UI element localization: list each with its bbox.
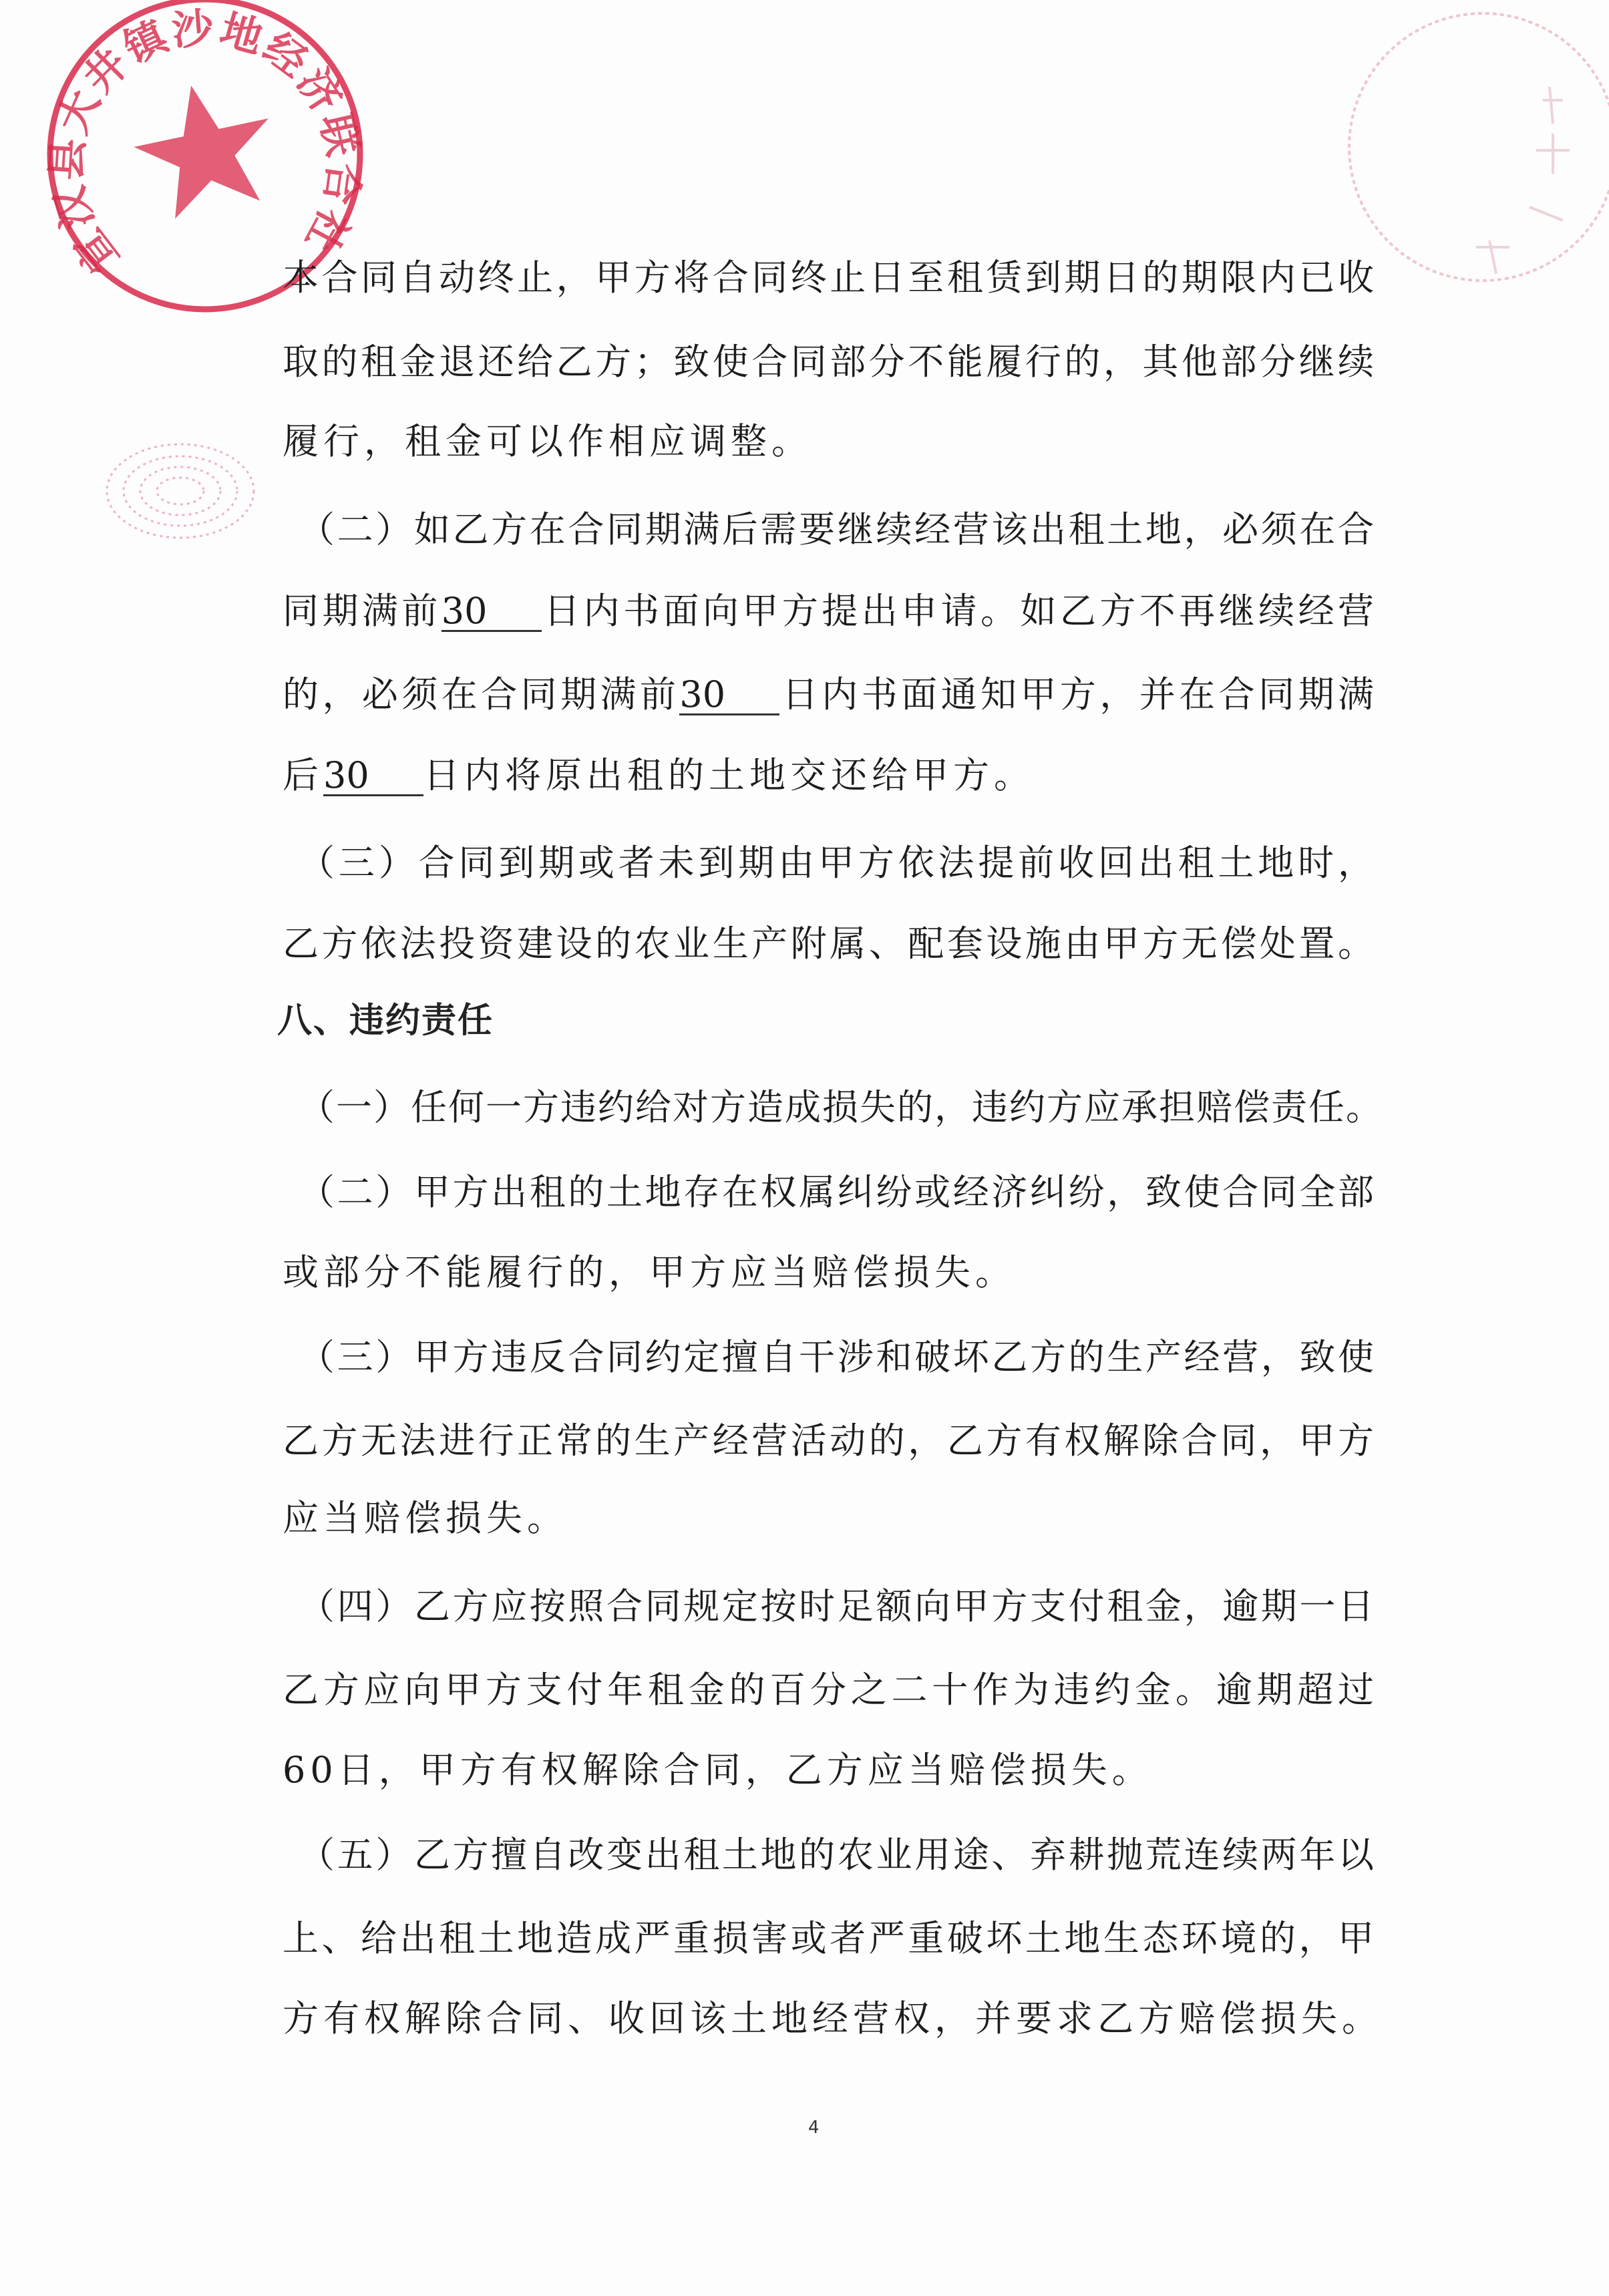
- breach-clause-3-line: （三）甲方违反合同约定擅自干涉和破坏乙方的生产经营，致使: [299, 1331, 1375, 1384]
- breach-clause-1-line: （一）任何一方违约给对方造成损失的，违约方应承担赔偿责任。: [299, 1081, 1375, 1134]
- text-line-with-blank: 的，必须在合同期满前30日内书面通知甲方，并在合同期满: [283, 668, 1375, 721]
- text-line: 或部分不能履行的，甲方应当赔偿损失。: [283, 1246, 1375, 1299]
- page-number: 4: [808, 2118, 820, 2138]
- text-line-with-blank: 后30日内将原出租的土地交还给甲方。: [283, 749, 1375, 802]
- breach-clause-5-line: （五）乙方擅自改变出租土地的农业用途、弃耕抛荒连续两年以: [299, 1828, 1375, 1882]
- text-segment: 日内书面通知甲方，并在合同期满: [779, 673, 1375, 715]
- text-segment: 同期满前: [283, 590, 441, 632]
- text-line: 上、给出租土地造成严重损害或者严重破坏土地生态环境的，甲: [283, 1912, 1375, 1965]
- clause-3-line: （三）合同到期或者未到期由甲方依法提前收回出租土地时，: [299, 836, 1375, 890]
- text-segment: 后: [283, 754, 323, 796]
- text-line: 方有权解除合同、收回该土地经营权，并要求乙方赔偿损失。: [283, 1992, 1375, 2045]
- clause-2-line: （二）如乙方在合同期满后需要继续经营该出租土地，必须在合: [299, 503, 1375, 556]
- text-line: 应当赔偿损失。: [283, 1492, 1375, 1545]
- fill-blank-days: 30: [679, 676, 779, 715]
- fill-blank-days: 30: [323, 757, 423, 796]
- section-heading-breach-liability: 八、违约责任: [277, 994, 494, 1047]
- text-line: 乙方依法投资建设的农业生产附属、配套设施由甲方无偿处置。: [283, 917, 1375, 971]
- text-line: 取的租金退还给乙方；致使合同部分不能履行的，其他部分继续: [283, 335, 1375, 389]
- fill-blank-days: 30: [441, 593, 542, 632]
- text-line: 履行，租金可以作相应调整。: [283, 415, 1375, 468]
- text-line: 乙方无法进行正常的生产经营活动的，乙方有权解除合同，甲方: [283, 1414, 1375, 1468]
- document-page: 宣汉县大井镇沙地经济联合社 本合同自动终止，甲方将合同终止日至租赁到期日的期限内…: [0, 0, 1609, 2296]
- faint-seal-stamp-icon: [1343, 7, 1609, 301]
- text-segment: 的，必须在合同期满前: [283, 673, 679, 715]
- text-line: 乙方应向甲方支付年租金的百分之二十作为违约金。逾期超过: [283, 1663, 1375, 1717]
- text-segment: 日内书面向甲方提出申请。如乙方不再继续经营: [542, 590, 1375, 632]
- text-segment: 日内将原出租的土地交还给甲方。: [423, 754, 1035, 796]
- fingerprint-smudge-icon: [94, 428, 267, 554]
- breach-clause-2-line: （二）甲方出租的土地存在权属纠纷或经济纠纷，致使合同全部: [299, 1166, 1375, 1219]
- text-line: 60日，甲方有权解除合同，乙方应当赔偿损失。: [283, 1744, 1375, 1797]
- breach-clause-4-line: （四）乙方应按照合同规定按时足额向甲方支付租金，逾期一日: [299, 1580, 1375, 1633]
- text-line: 本合同自动终止，甲方将合同终止日至租赁到期日的期限内已收: [283, 251, 1375, 305]
- text-line-with-blank: 同期满前30日内书面向甲方提出申请。如乙方不再继续经营: [283, 585, 1375, 638]
